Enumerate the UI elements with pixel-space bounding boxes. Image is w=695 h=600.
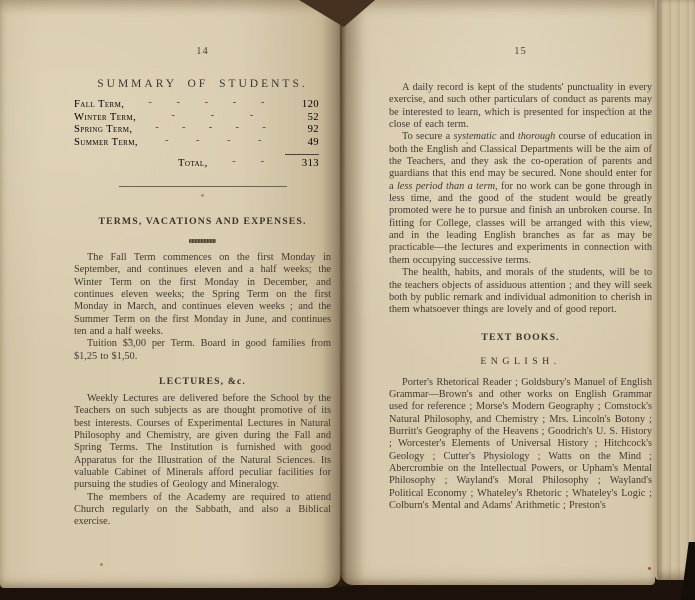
page-14-content: 14 SUMMARY OF STUDENTS. Fall Term,-----1… xyxy=(74,46,331,529)
term-student-count: 120 xyxy=(289,99,319,110)
divider-dot xyxy=(201,194,204,197)
term-student-count: 52 xyxy=(289,112,319,123)
daily-record-paragraph: A daily record is kept of the students' … xyxy=(389,82,652,131)
lectures-paragraph: Weekly Lectures are delivered before the… xyxy=(74,393,331,492)
heading-ornament-rule xyxy=(189,239,216,243)
total-value: 313 xyxy=(289,158,319,169)
leader-dashes: ----- xyxy=(132,124,289,135)
book-scan: 14 SUMMARY OF STUDENTS. Fall Term,-----1… xyxy=(0,0,695,600)
total-label: Total, xyxy=(178,158,208,169)
leader-dashes: --- xyxy=(136,112,289,123)
section-divider-rule xyxy=(119,186,287,187)
total-leaders: -- xyxy=(208,158,289,169)
students-summary-table: Fall Term,-----120Winter Term,---52Sprin… xyxy=(74,99,331,149)
term-label: Summer Term, xyxy=(74,137,138,148)
course-of-education-paragraph: To secure a systematic and thorough cour… xyxy=(389,131,652,267)
term-label: Spring Term, xyxy=(74,124,132,135)
summary-table-row: Winter Term,---52 xyxy=(74,112,319,125)
leader-dashes: ---- xyxy=(138,137,289,148)
health-habits-paragraph: The health, habits, and morals of the st… xyxy=(389,267,652,316)
lectures-heading: LECTURES, &c. xyxy=(74,376,331,387)
page-number-right: 15 xyxy=(389,46,652,57)
summary-total-rule xyxy=(285,154,319,155)
english-textbooks-paragraph: Porter's Rhetorical Reader ; Goldsbury's… xyxy=(389,377,652,513)
english-subheading: ENGLISH. xyxy=(389,356,652,367)
page-number-left: 14 xyxy=(74,46,331,57)
term-student-count: 92 xyxy=(289,124,319,135)
summary-table-row: Fall Term,-----120 xyxy=(74,99,319,112)
church-attendance-paragraph: The members of the Academy are required … xyxy=(74,492,331,529)
summary-total-row: Total, -- 313 xyxy=(74,158,331,169)
term-label: Fall Term, xyxy=(74,99,124,110)
page-15-content: 15 A daily record is kept of the student… xyxy=(389,46,652,512)
summary-table-row: Summer Term,----49 xyxy=(74,137,319,150)
terms-paragraph: The Fall Term commences on the first Mon… xyxy=(74,252,331,338)
tuition-paragraph: Tuition $3,00 per Term. Board in good fa… xyxy=(74,338,331,363)
term-student-count: 49 xyxy=(289,137,319,148)
text-books-heading: TEXT BOOKS. xyxy=(389,332,652,343)
leader-dashes: ----- xyxy=(124,99,289,110)
summary-of-students-title: SUMMARY OF STUDENTS. xyxy=(74,78,331,90)
term-label: Winter Term, xyxy=(74,112,136,123)
terms-vacations-expenses-heading: TERMS, VACATIONS AND EXPENSES. xyxy=(74,216,331,227)
fore-edge-pages xyxy=(655,0,695,580)
